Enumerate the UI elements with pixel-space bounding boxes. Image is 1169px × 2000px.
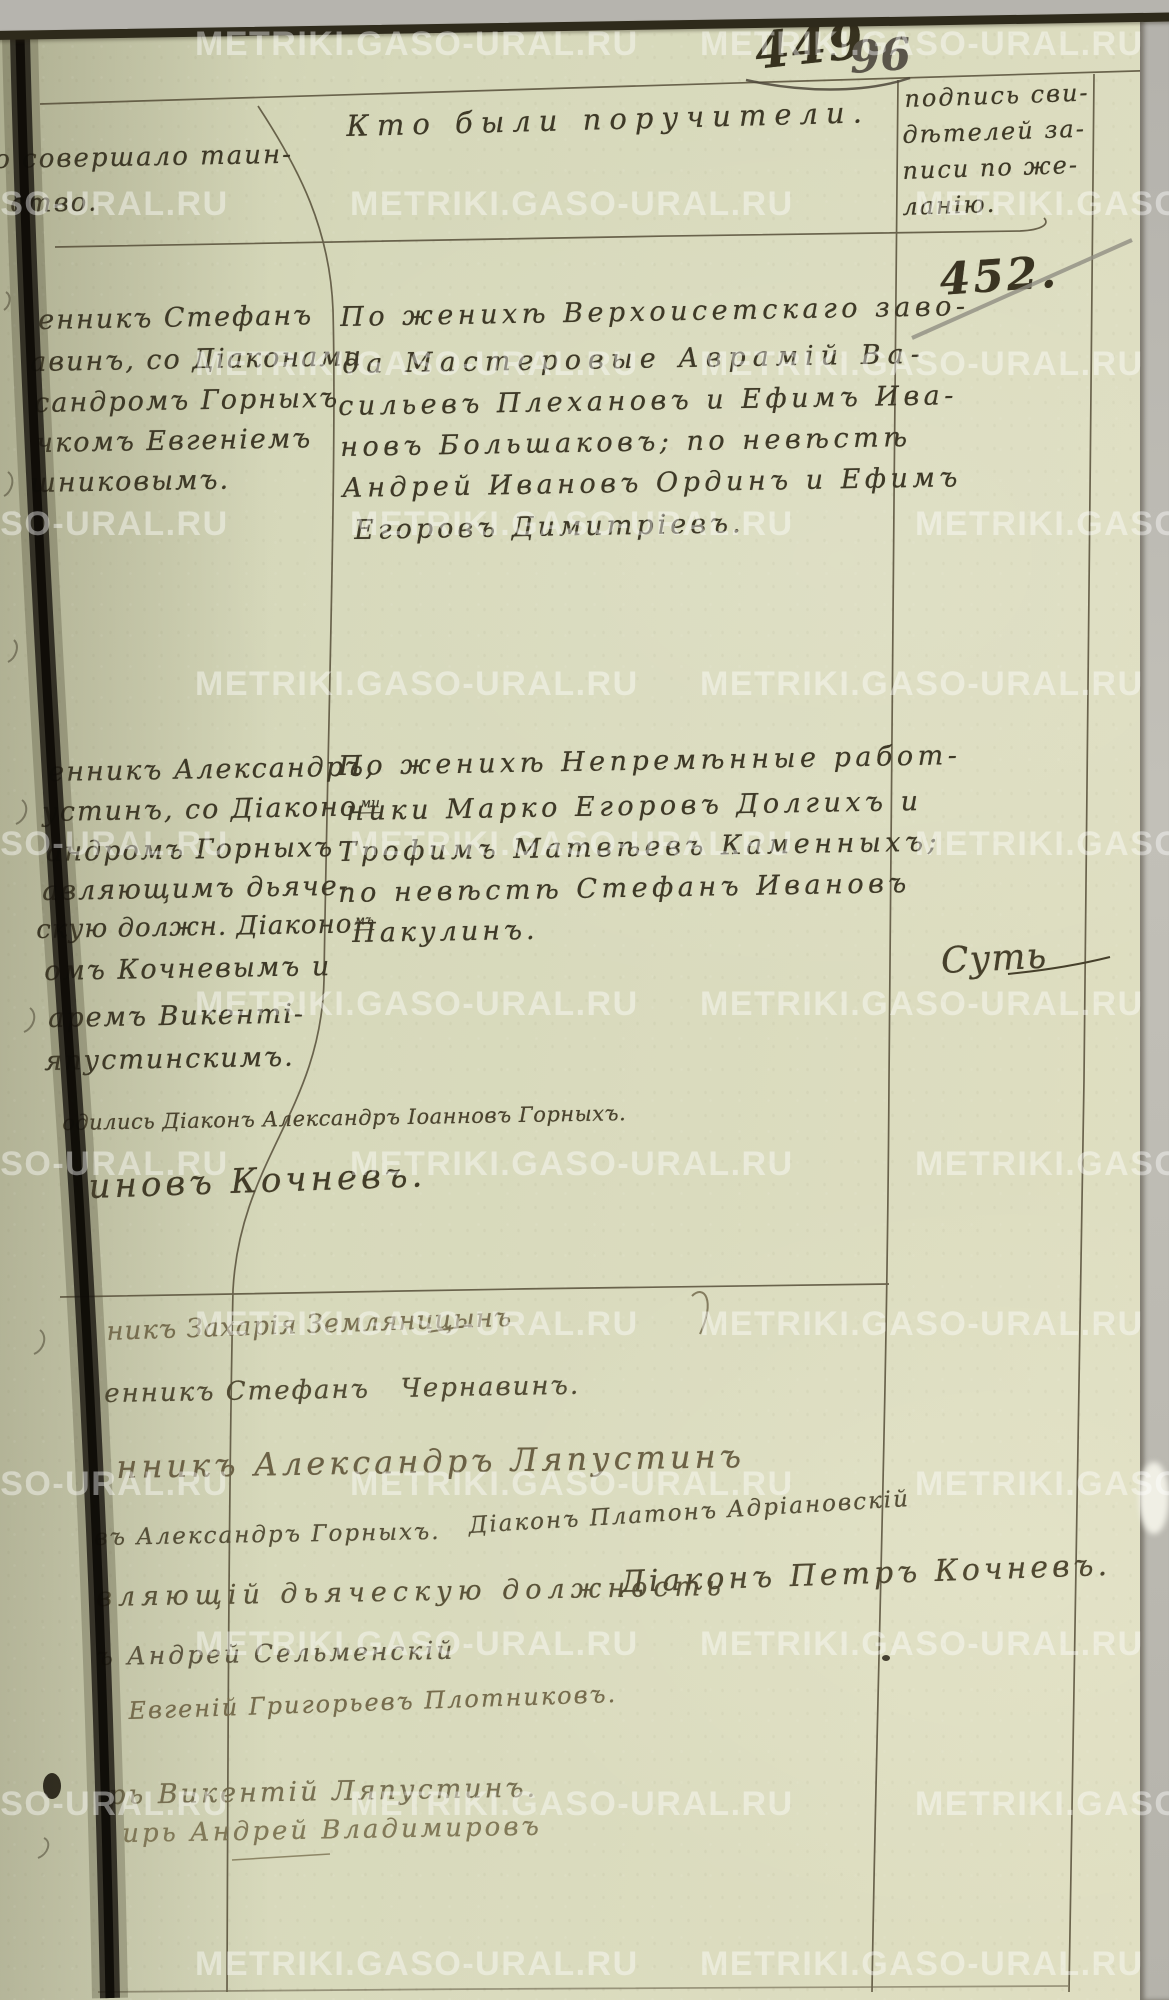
column-header-right-line4: ланію. bbox=[902, 191, 997, 221]
ink-blot bbox=[43, 1773, 61, 1799]
record2-witnesses-line2: ники Марко Егоровъ Долгихъ и bbox=[346, 787, 923, 827]
archive-watermark-text: METRIKI.GASO-URAL.RU bbox=[195, 665, 639, 704]
archive-watermark-text: METRIKI.GASO-URAL.RU bbox=[700, 665, 1144, 704]
scan-glare bbox=[1139, 1462, 1169, 1534]
record1-officiant-line2: авинъ, со Діаконами bbox=[30, 342, 363, 378]
record1-witnesses-line1: По женихѣ Верхоисетскаго заво- bbox=[340, 292, 970, 333]
archive-watermark-text: METRIKI.GASO-URAL.RU bbox=[915, 1785, 1169, 1824]
column-header-middle: Кто были поручители. bbox=[346, 96, 870, 142]
archive-watermark-text: METRIKI.GASO-URAL.RU bbox=[350, 185, 794, 224]
section-rule bbox=[60, 1284, 889, 1297]
record-margin-note: Суть bbox=[940, 936, 1048, 982]
binding-edge-marks bbox=[4, 292, 48, 1858]
column-header-left-line1: о совершало таин- bbox=[0, 141, 293, 175]
bottom-signature-4b: Діаконъ Платонъ Адріановскій bbox=[468, 1487, 911, 1540]
record2-officiant-line8: япустинскимъ. bbox=[44, 1043, 295, 1078]
bottom-signature-6: ъ Андрей Сельменскій bbox=[96, 1637, 456, 1671]
bottom-rule bbox=[98, 1986, 1068, 1992]
record1-officiant-line5: шниковымъ. bbox=[30, 466, 230, 500]
bottom-signature-7: Евгеній Григорьевъ Плотниковъ. bbox=[128, 1681, 618, 1725]
record2-officiant-line2: устинъ, со Діакономи bbox=[42, 792, 380, 828]
column-header-right-line2: дѣтелей за- bbox=[902, 116, 1086, 149]
archive-watermark-text: METRIKI.GASO-URAL.RU bbox=[700, 1305, 1144, 1344]
bottom-signature-2: енникъ Стефанъ Чернавинъ. bbox=[104, 1372, 580, 1409]
archive-watermark-text: METRIKI.GASO-URAL.RU bbox=[700, 985, 1144, 1024]
record2-witnesses-line4: по невѣстѣ Стефанъ Ивановъ bbox=[338, 869, 911, 909]
column-header-right-line1: подпись сви- bbox=[904, 80, 1090, 113]
record2-officiant-line3: андромъ Горныхъ bbox=[46, 833, 334, 868]
deacon-signature-small: одились Діаконъ Александръ Іоанновъ Горн… bbox=[62, 1102, 626, 1135]
archive-watermark-text: METRIKI.GASO-URAL.RU bbox=[195, 1945, 639, 1984]
record1-witnesses-line4: новъ Большаковъ; по невѣстѣ bbox=[340, 423, 912, 463]
bottom-signature-1: никъ Захарія Земляницынъ bbox=[106, 1304, 513, 1347]
record2-officiant-line5: скую должн. Діакономъ bbox=[36, 910, 374, 945]
record2-witnesses-line1: По женихѣ Непремѣнные работ- bbox=[338, 741, 962, 782]
bottom-signature-9: ирь Андрей Владимировъ bbox=[122, 1813, 542, 1849]
record1-witnesses-line3: сильевъ Плехановъ и Ефимъ Ива- bbox=[338, 381, 958, 422]
scanner-background-right bbox=[1140, 0, 1169, 2000]
record1-witnesses-line6: Егоровъ Димитріевъ. bbox=[354, 509, 745, 546]
signature1-curl bbox=[692, 1292, 708, 1334]
bottom-signature-3: нникъ Александръ Ляпустинъ bbox=[116, 1439, 745, 1486]
record2-witnesses-line5: Пакулинъ. bbox=[352, 916, 539, 949]
archive-watermark-text: METRIKI.GASO-URAL.RU bbox=[915, 1145, 1169, 1184]
record2-witnesses-line3: Трофимъ Матвѣевъ Каменныхъ; bbox=[338, 827, 941, 868]
scanned-register-page: 44996о совершало таин-ство.Кто были пору… bbox=[0, 0, 1169, 2000]
page-number-secondary: 96 bbox=[848, 30, 913, 83]
record2-officiant-line7: аремъ Викенті- bbox=[48, 1000, 305, 1035]
right-margin-line bbox=[1069, 74, 1094, 1992]
record1-officiant-line4: чкомъ Евгеніемъ bbox=[36, 424, 312, 459]
record2-officiant-line6: омъ Кочневымъ и bbox=[44, 952, 331, 987]
bottom-signature-4a: въ Александръ Горныхъ. bbox=[94, 1520, 441, 1552]
archive-watermark-text: METRIKI.GASO-URAL.RU bbox=[700, 1625, 1144, 1664]
deacon-signature-large: иновъ Кочневъ. bbox=[88, 1156, 427, 1206]
archive-watermark-text: METRIKI.GASO-URAL.RU bbox=[700, 1945, 1144, 1984]
archive-watermark-text: METRIKI.GASO-URAL.RU bbox=[915, 1465, 1169, 1504]
record1-officiant-line3: сандромъ Горныхъ bbox=[34, 384, 340, 420]
header-bottom-rule bbox=[55, 218, 1046, 247]
signature9-underline bbox=[232, 1854, 330, 1860]
record1-witnesses-line5: Андрей Ивановъ Ординъ и Ефимъ bbox=[342, 463, 962, 504]
record1-witnesses-line2: да Мастеровые Аврамій Ва- bbox=[342, 340, 927, 380]
bottom-signature-8: рь Викентій Ляпустинъ. bbox=[108, 1773, 538, 1811]
archive-watermark-text: METRIKI.GASO-URAL.RU bbox=[915, 825, 1169, 864]
archive-watermark-text: METRIKI.GASO-URAL.RU bbox=[0, 505, 229, 544]
column-header-left-line2: ство. bbox=[10, 188, 99, 219]
record1-officiant-line1: енникъ Стефанъ bbox=[38, 301, 313, 336]
record2-officiant-line4: авляющимъ дьяче- bbox=[42, 872, 350, 908]
bottom-signature-5b: Діаконъ Петръ Кочневъ. bbox=[620, 1549, 1112, 1600]
archive-watermark-text: METRIKI.GASO-URAL.RU bbox=[915, 505, 1169, 544]
ink-speck bbox=[882, 1655, 890, 1661]
record2-officiant-line1: енникъ Александръ, bbox=[48, 752, 376, 788]
column-header-right-line3: писи по же- bbox=[902, 152, 1079, 185]
